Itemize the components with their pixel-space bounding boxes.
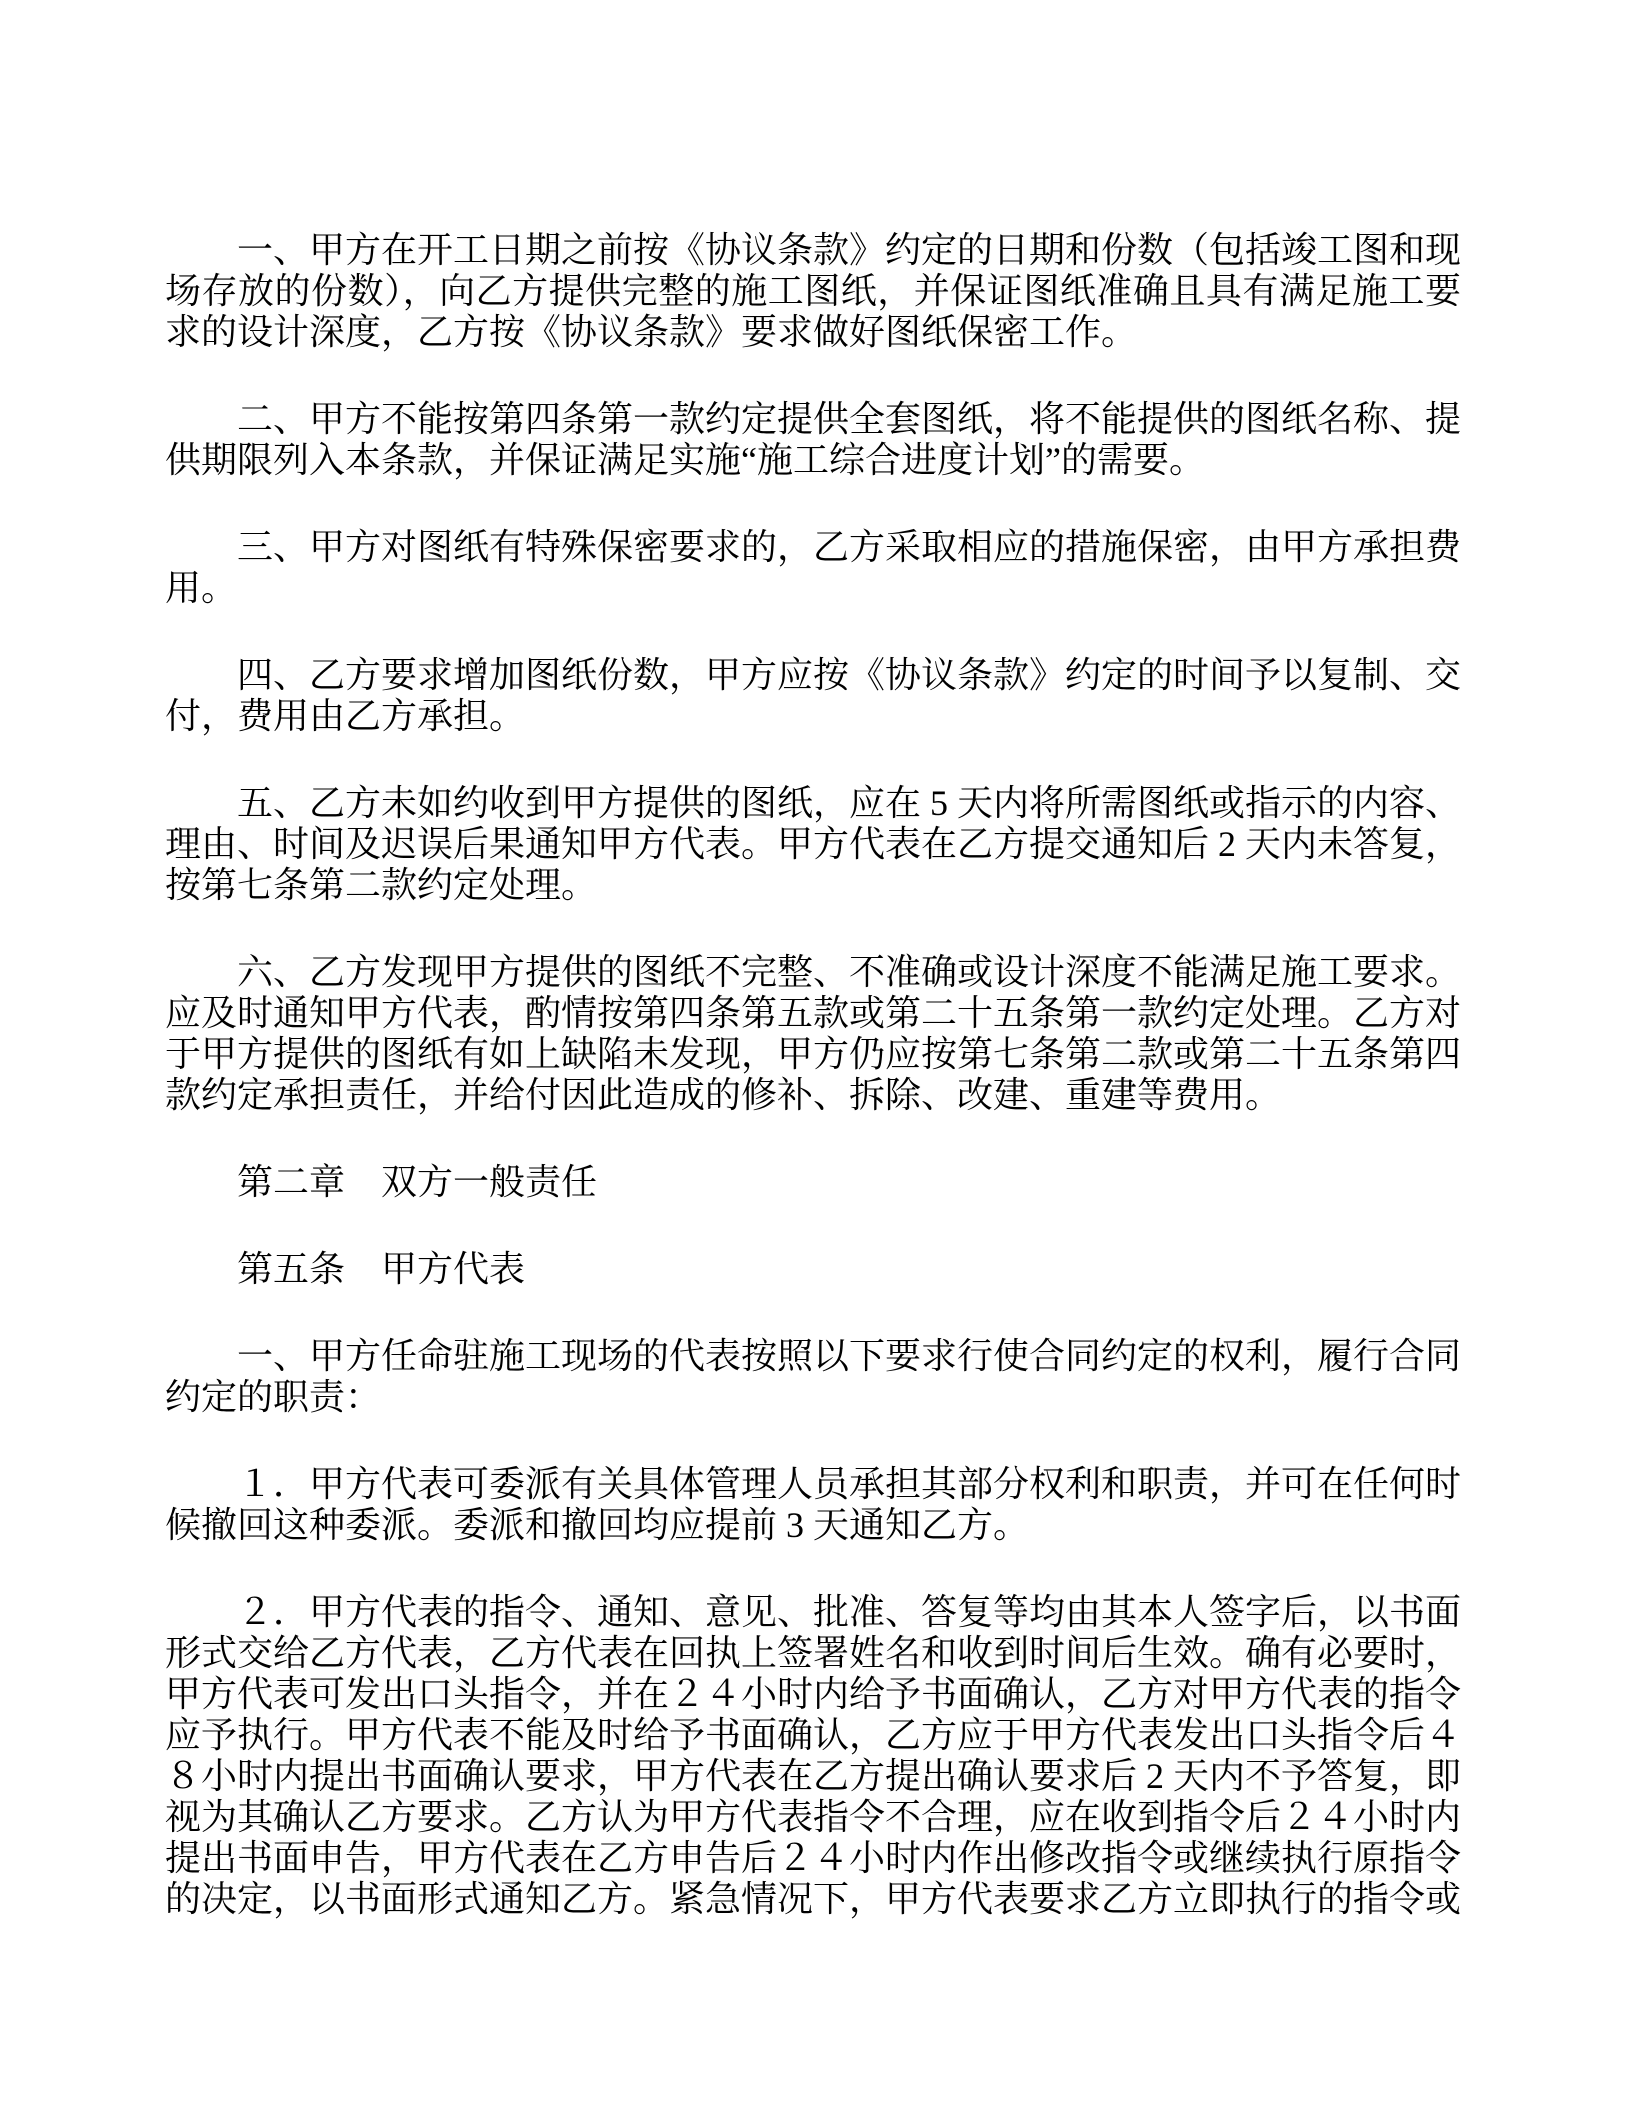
clause-paragraph-2: 二、甲方不能按第四条第一款约定提供全套图纸，将不能提供的图纸名称、提供期限列入本…: [165, 399, 1461, 481]
clause-paragraph-3: 三、甲方对图纸有特殊保密要求的，乙方采取相应的措施保密，由甲方承担费用。: [165, 527, 1461, 609]
clause-paragraph-4: 四、乙方要求增加图纸份数，甲方应按《协议条款》约定的时间予以复制、交付，费用由乙…: [165, 655, 1461, 737]
clause-paragraph-5: 五、乙方未如约收到甲方提供的图纸，应在 5 天内将所需图纸或指示的内容、理由、时…: [165, 783, 1461, 906]
clause-paragraph-1: 一、甲方在开工日期之前按《协议条款》约定的日期和份数（包括竣工图和现场存放的份数…: [165, 230, 1461, 353]
clause-paragraph-7: 一、甲方任命驻施工现场的代表按照以下要求行使合同约定的权利，履行合同约定的职责：: [165, 1336, 1461, 1418]
numbered-item-1: １．甲方代表可委派有关具体管理人员承担其部分权利和职责，并可在任何时候撤回这种委…: [165, 1464, 1461, 1546]
clause-paragraph-6: 六、乙方发现甲方提供的图纸不完整、不准确或设计深度不能满足施工要求。应及时通知甲…: [165, 952, 1461, 1116]
document-page: 一、甲方在开工日期之前按《协议条款》约定的日期和份数（包括竣工图和现场存放的份数…: [0, 0, 1632, 2112]
article-heading: 第五条 甲方代表: [165, 1249, 1461, 1290]
numbered-item-2: ２．甲方代表的指令、通知、意见、批准、答复等均由其本人签字后，以书面形式交给乙方…: [165, 1592, 1461, 1920]
chapter-heading: 第二章 双方一般责任: [165, 1162, 1461, 1203]
document-content: 一、甲方在开工日期之前按《协议条款》约定的日期和份数（包括竣工图和现场存放的份数…: [165, 230, 1461, 1966]
